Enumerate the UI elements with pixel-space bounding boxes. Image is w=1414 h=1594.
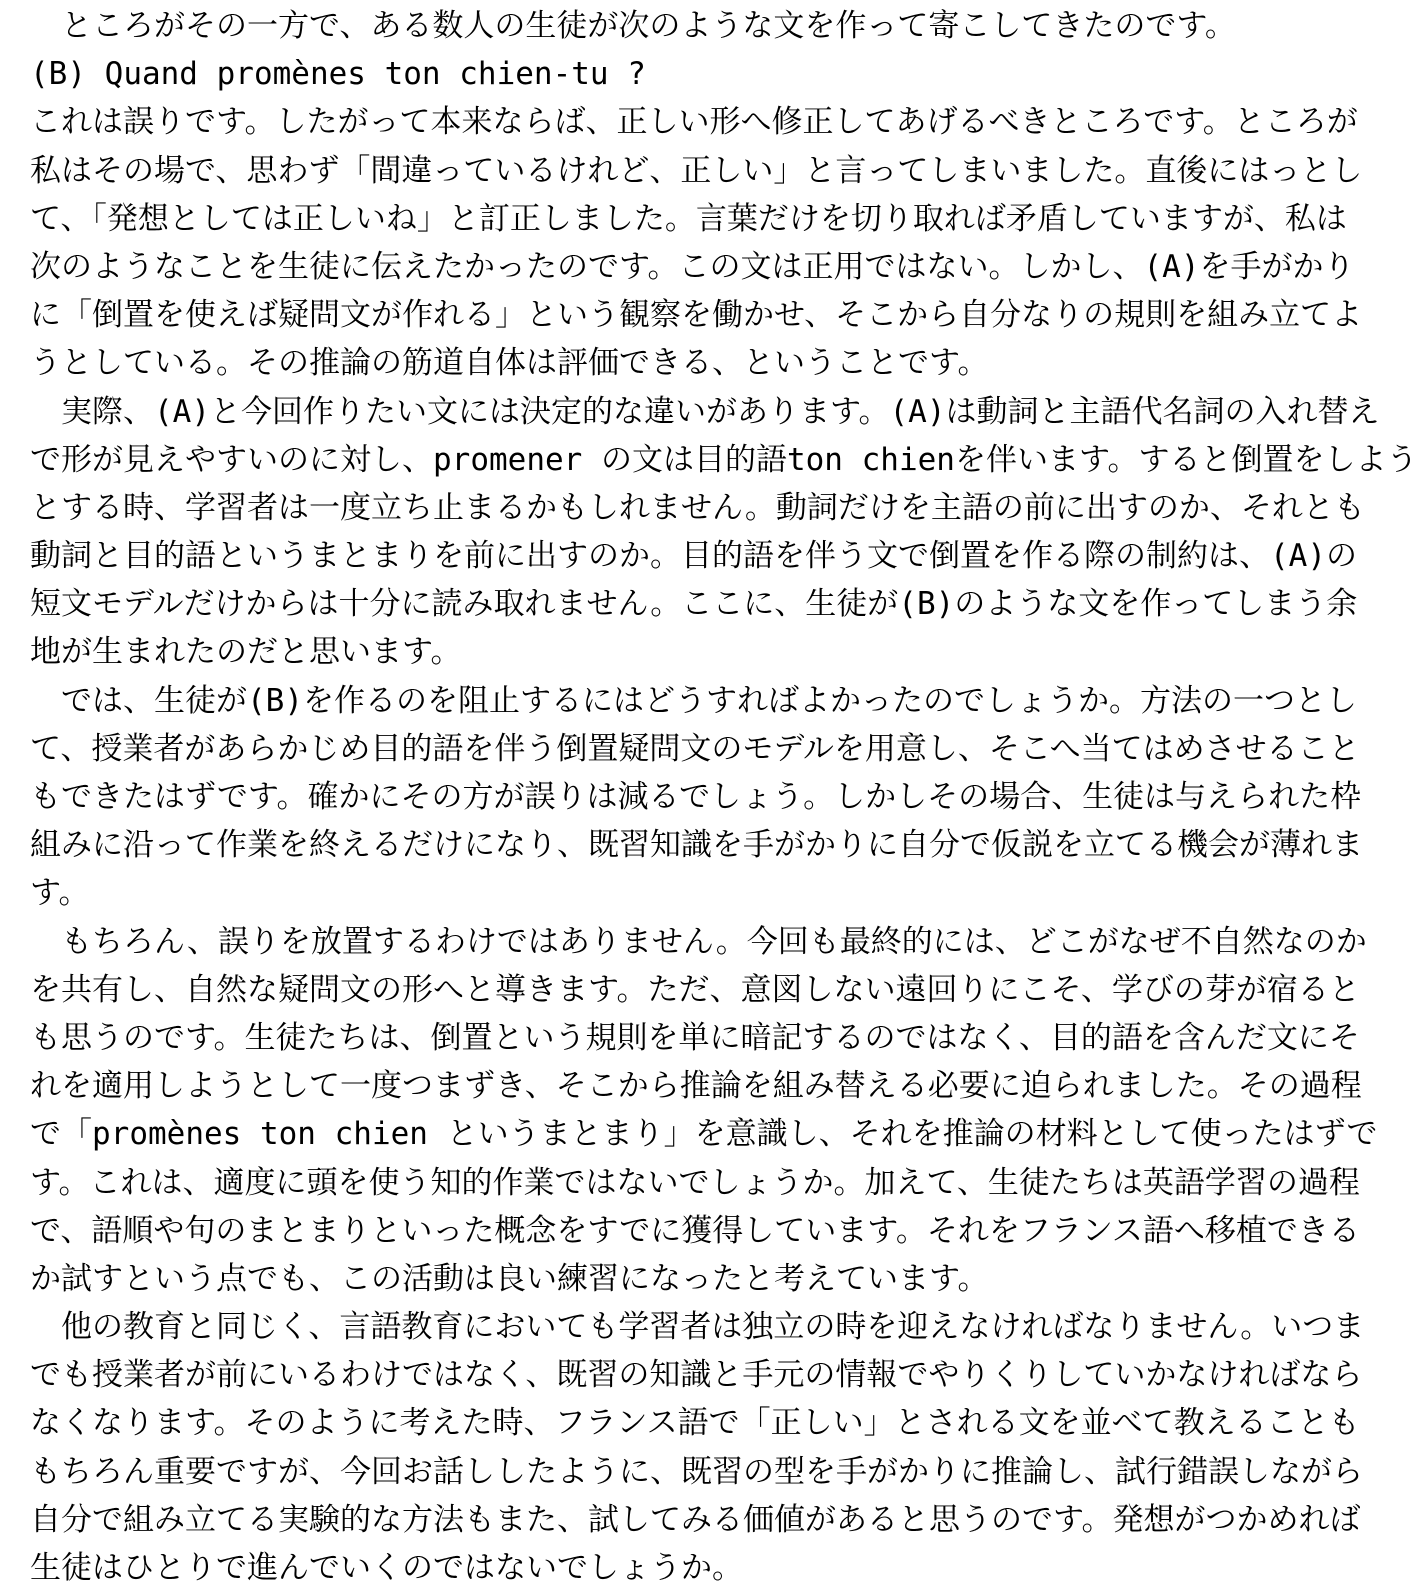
text-line: で「promènes ton chien というまとまり」を意識し、それを推論の… [30, 1110, 1390, 1158]
text-line: に「倒置を使えば疑問文が作れる」という観察を働かせ、そこから自分なりの規則を組み… [30, 291, 1390, 339]
text-line: でも授業者が前にいるわけではなく、既習の知識と手元の情報でやりくりしていかなけれ… [30, 1351, 1390, 1399]
text-line: 実際、(A)と今回作りたい文には決定的な違いがあります。(A)は動詞と主語代名詞… [30, 388, 1390, 436]
text-line: 次のようなことを生徒に伝えたかったのです。この文は正用ではない。しかし、(A)を… [30, 243, 1390, 291]
text-line: 地が生まれたのだと思います。 [30, 628, 1390, 676]
text-line: 組みに沿って作業を終えるだけになり、既習知識を手がかりに自分で仮説を立てる機会が… [30, 821, 1390, 869]
text-line: れを適用しようとして一度つまずき、そこから推論を組み替える必要に迫られました。そ… [30, 1062, 1390, 1110]
text-line: 私はその場で、思わず「間違っているけれど、正しい」と言ってしまいました。直後には… [30, 147, 1390, 195]
text-line: も思うのです。生徒たちは、倒置という規則を単に暗記するのではなく、目的語を含んだ… [30, 1014, 1390, 1062]
text-line: て、授業者があらかじめ目的語を伴う倒置疑問文のモデルを用意し、そこへ当てはめさせ… [30, 725, 1390, 773]
text-line: では、生徒が(B)を作るのを阻止するにはどうすればよかったのでしょうか。方法の一… [30, 677, 1390, 725]
text-line: 動詞と目的語というまとまりを前に出すのか。目的語を伴う文で倒置を作る際の制約は、… [30, 532, 1390, 580]
text-line: 生徒はひとりで進んでいくのではないでしょうか。 [30, 1544, 1390, 1592]
text-line: 自分で組み立てる実験的な方法もまた、試してみる価値があると思うのです。発想がつか… [30, 1496, 1390, 1544]
text-line: 短文モデルだけからは十分に読み取れません。ここに、生徒が(B)のような文を作って… [30, 580, 1390, 628]
text-line: か試すという点でも、この活動は良い練習になったと考えています。 [30, 1255, 1390, 1303]
text-line: 他の教育と同じく、言語教育においても学習者は独立の時を迎えなければなりません。い… [30, 1303, 1390, 1351]
text-line: もできたはずです。確かにその方が誤りは減るでしょう。しかしその場合、生徒は与えら… [30, 773, 1390, 821]
text-line: もちろん、誤りを放置するわけではありません。今回も最終的には、どこがなぜ不自然な… [30, 918, 1390, 966]
text-line: とする時、学習者は一度立ち止まるかもしれません。動詞だけを主語の前に出すのか、そ… [30, 484, 1390, 532]
text-line: なくなります。そのように考えた時、フランス語で「正しい」とされる文を並べて教える… [30, 1399, 1390, 1447]
text-line: で、語順や句のまとまりといった概念をすでに獲得しています。それをフランス語へ移植… [30, 1207, 1390, 1255]
text-line: す。これは、適度に頭を使う知的作業ではないでしょうか。加えて、生徒たちは英語学習… [30, 1159, 1390, 1207]
text-line: で形が見えやすいのに対し、promener の文は目的語ton chienを伴い… [30, 436, 1390, 484]
text-line: ところがその一方で、ある数人の生徒が次のような文を作って寄こしてきたのです。 [30, 2, 1390, 50]
text-block: ところがその一方で、ある数人の生徒が次のような文を作って寄こしてきたのです。(B… [0, 0, 1414, 1592]
text-line: て、「発想としては正しいね」と訂正しました。言葉だけを切り取れば矛盾していますが… [30, 195, 1390, 243]
text-line: これは誤りです。したがって本来ならば、正しい形へ修正してあげるべきところです。と… [30, 98, 1390, 146]
document-page: ところがその一方で、ある数人の生徒が次のような文を作って寄こしてきたのです。(B… [0, 0, 1414, 1594]
text-line: (B) Quand promènes ton chien-tu ? [30, 50, 1390, 98]
text-line: もちろん重要ですが、今回お話ししたように、既習の型を手がかりに推論し、試行錯誤し… [30, 1448, 1390, 1496]
text-line: うとしている。その推論の筋道自体は評価できる、ということです。 [30, 339, 1390, 387]
text-line: す。 [30, 869, 1390, 917]
text-line: を共有し、自然な疑問文の形へと導きます。ただ、意図しない遠回りにこそ、学びの芽が… [30, 966, 1390, 1014]
